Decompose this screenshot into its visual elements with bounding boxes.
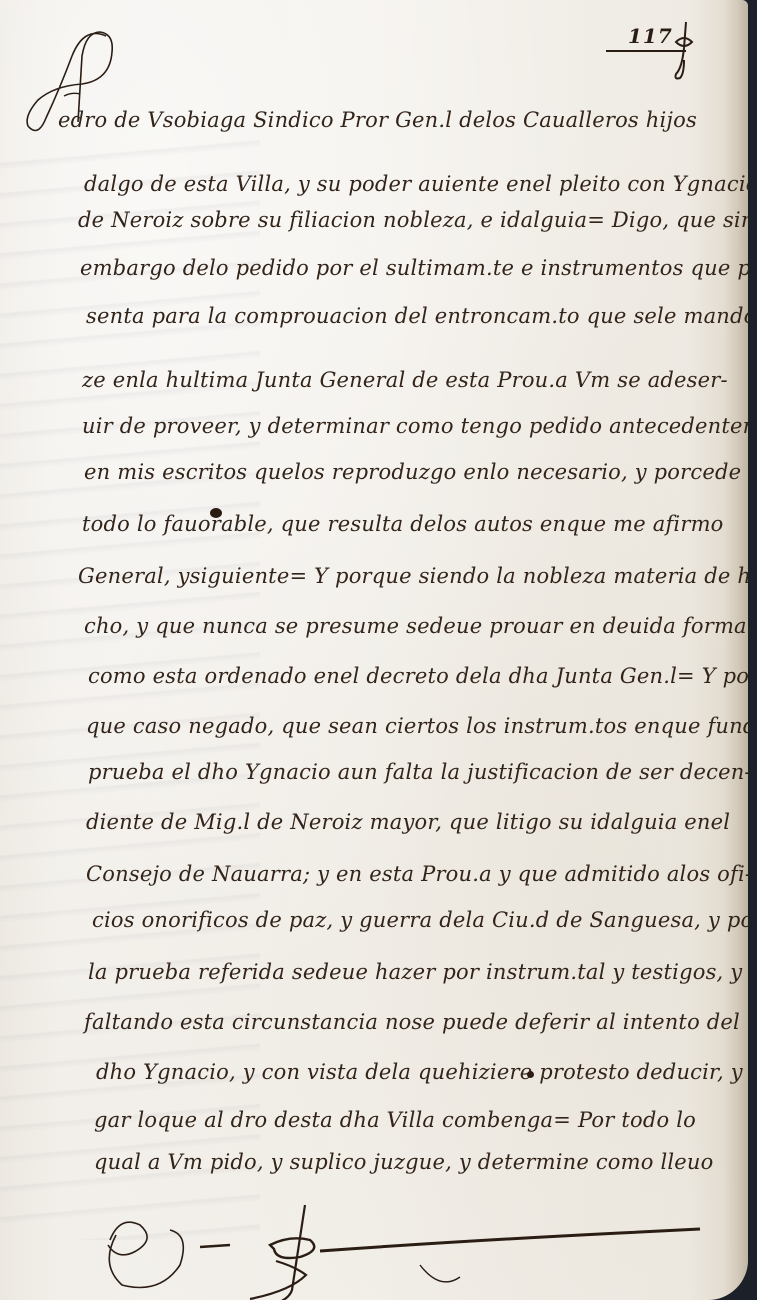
text-line: General, ysiguiente= Y porque siendo la … bbox=[78, 564, 748, 588]
ink-blot bbox=[527, 1071, 534, 1078]
text-line: senta para la comprouacion del entroncam… bbox=[86, 304, 748, 328]
text-line: todo lo fauorable, que resulta delos aut… bbox=[82, 512, 724, 536]
text-line: faltando esta circunstancia nose puede d… bbox=[84, 1010, 740, 1034]
text-line: de Neroiz sobre su filiacion nobleza, e … bbox=[78, 208, 748, 232]
text-line: embargo delo pedido por el sultimam.te e… bbox=[80, 256, 748, 280]
text-line: uir de proveer, y determinar como tengo … bbox=[82, 414, 748, 438]
text-line: en mis escritos quelos reproduzgo enlo n… bbox=[84, 460, 748, 484]
manuscript-page: 117 edro de Vsobiaga Sindico Pror Gen.l … bbox=[0, 0, 748, 1300]
text-line: gar loque al dro desta dha Villa combeng… bbox=[94, 1108, 696, 1132]
ink-blot bbox=[210, 508, 222, 518]
text-line: ze enla hultima Junta General de esta Pr… bbox=[82, 368, 728, 392]
text-line: dho Ygnacio, y con vista dela quehiziere… bbox=[96, 1060, 748, 1084]
text-line: como esta ordenado enel decreto dela dha… bbox=[88, 664, 748, 688]
text-line: cho, y que nunca se presume sedeue proua… bbox=[84, 614, 747, 638]
text-line: qual a Vm pido, y suplico juzgue, y dete… bbox=[94, 1150, 714, 1174]
text-line: edro de Vsobiaga Sindico Pror Gen.l delo… bbox=[58, 108, 697, 132]
manuscript-text: edro de Vsobiaga Sindico Pror Gen.l delo… bbox=[0, 0, 748, 1300]
text-line: dalgo de esta Villa, y su poder auiente … bbox=[84, 172, 748, 196]
text-line: diente de Mig.l de Neroiz mayor, que lit… bbox=[86, 810, 730, 834]
signature-rubric-icon bbox=[60, 1195, 720, 1300]
text-line: que caso negado, que sean ciertos los in… bbox=[86, 714, 748, 738]
text-line: prueba el dho Ygnacio aun falta la justi… bbox=[88, 760, 748, 784]
text-line: la prueba referida sedeue hazer por inst… bbox=[88, 960, 742, 984]
text-line: cios onorificos de paz, y guerra dela Ci… bbox=[92, 908, 748, 932]
text-line: Consejo de Nauarra; y en esta Prou.a y q… bbox=[86, 862, 748, 886]
